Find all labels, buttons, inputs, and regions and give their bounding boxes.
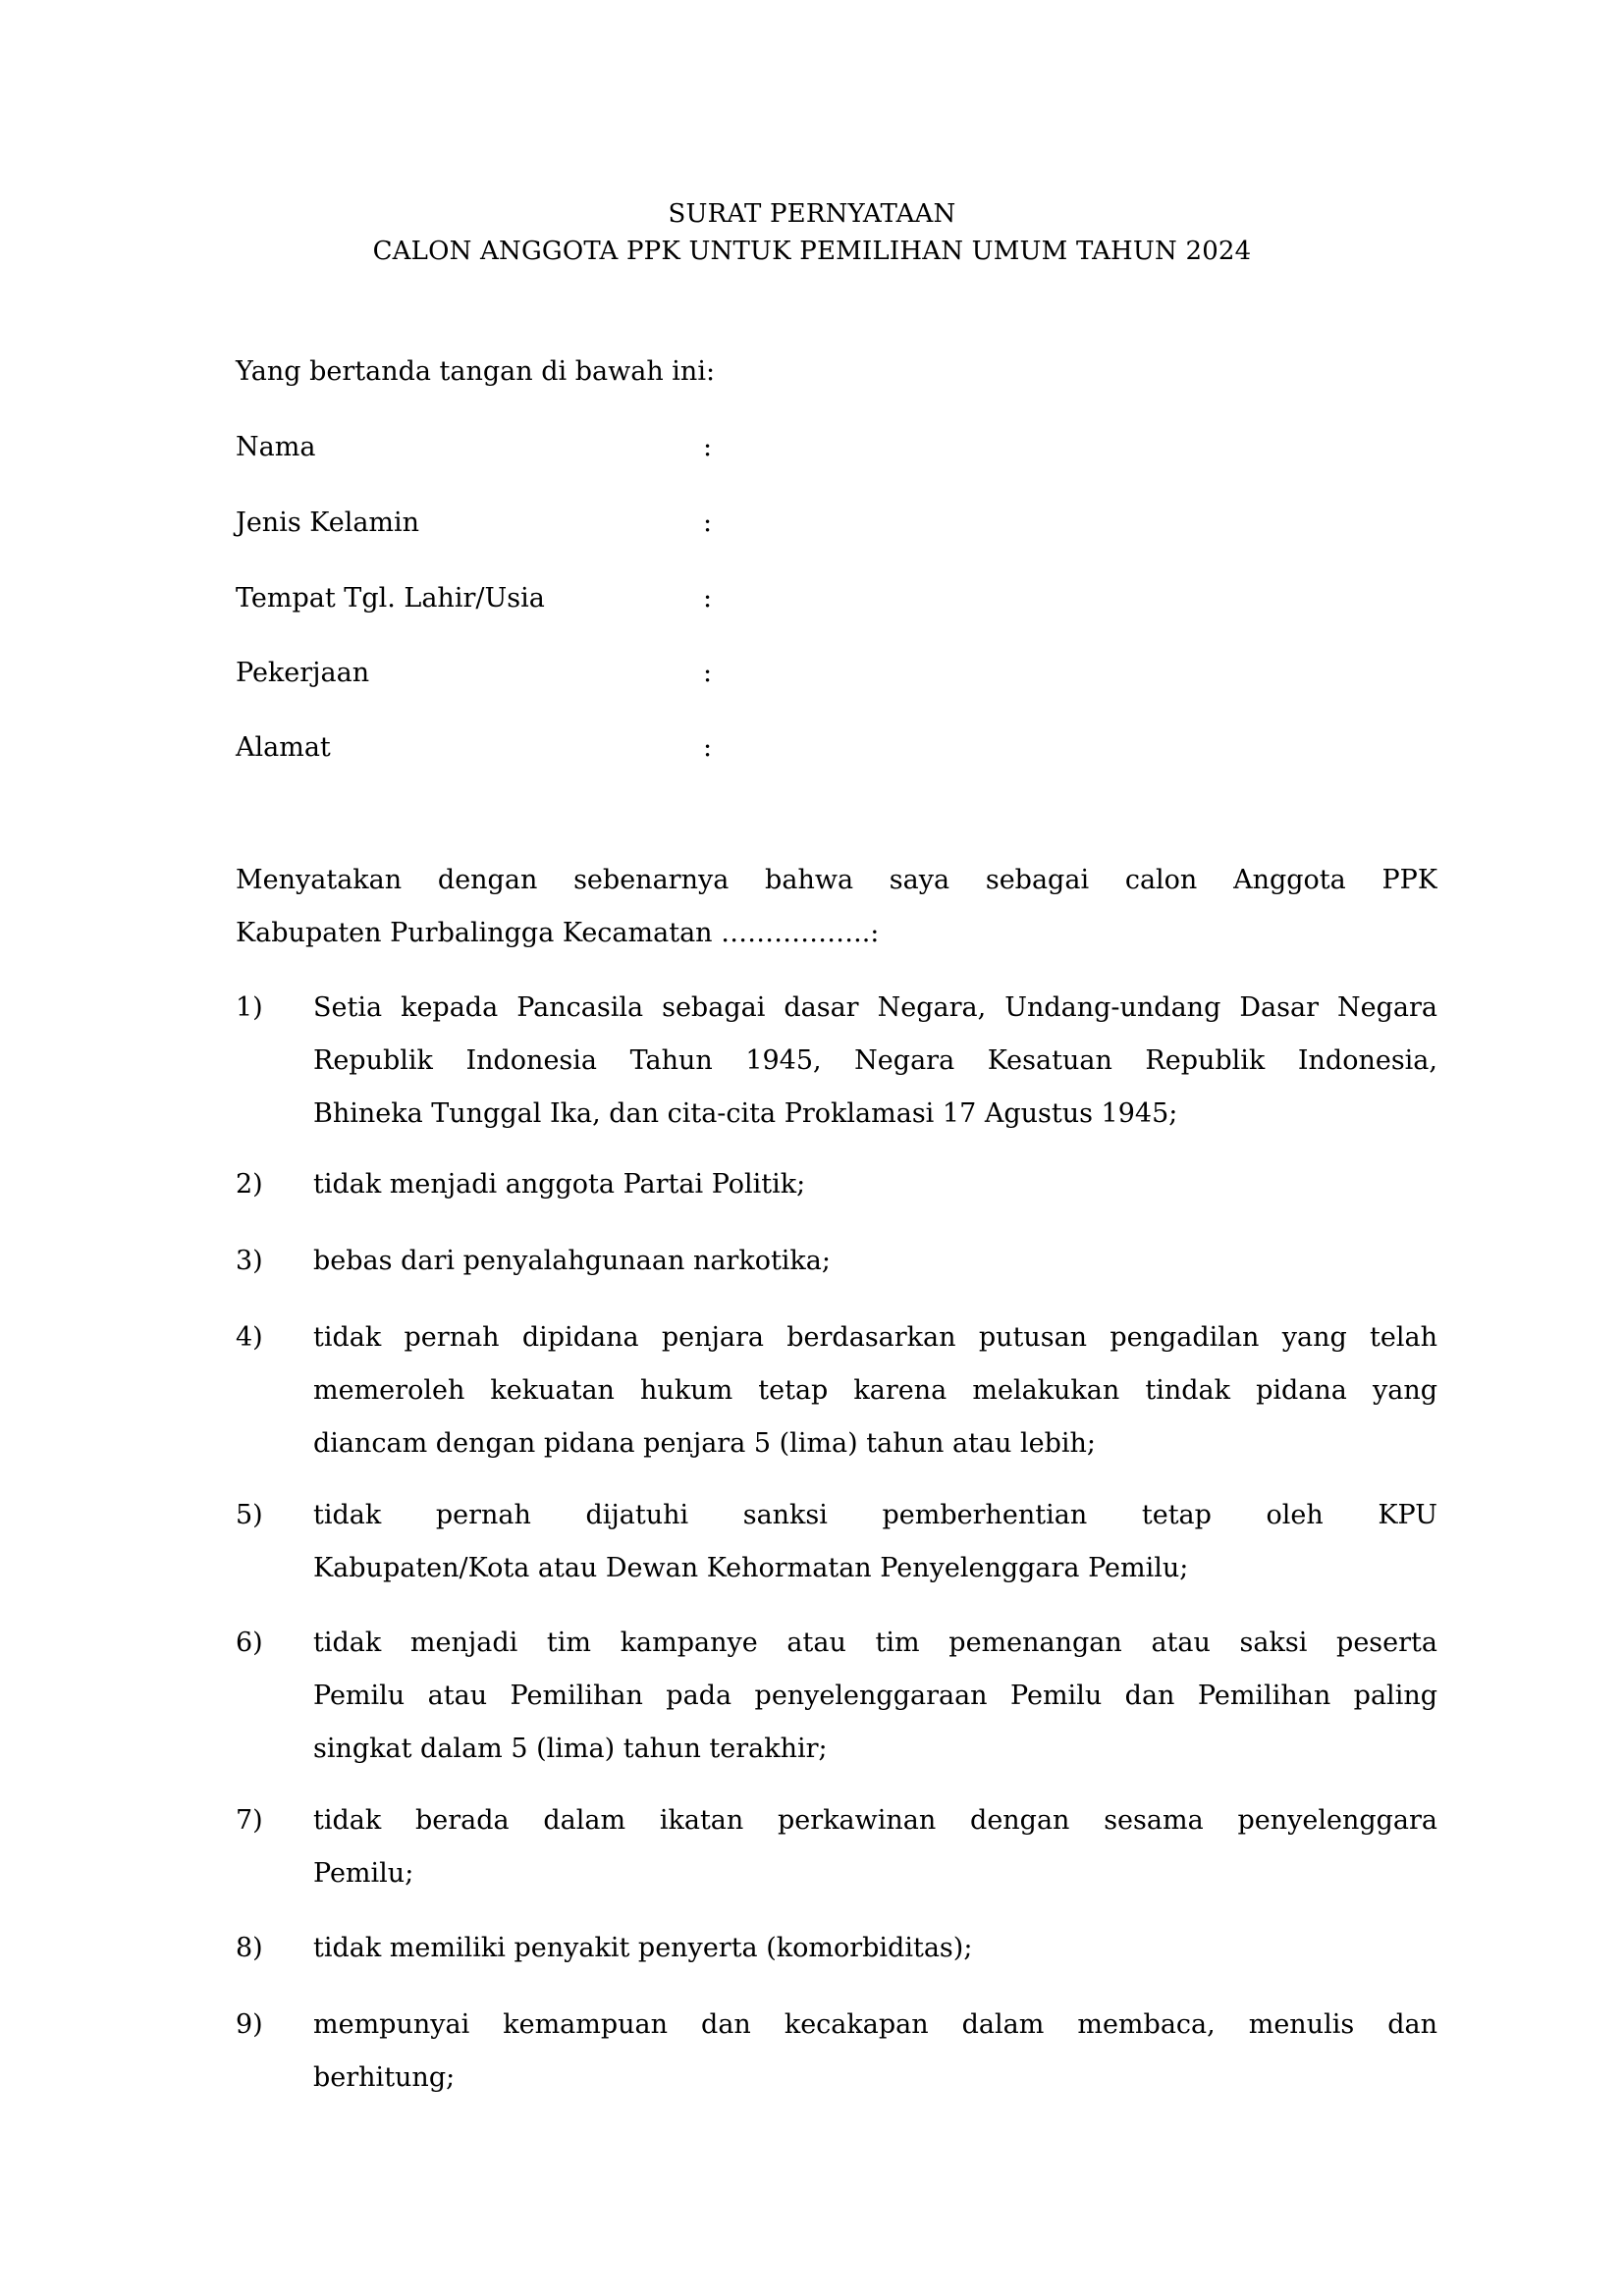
- field-label-jenis-kelamin: Jenis Kelamin: [236, 507, 419, 538]
- field-separator: :: [703, 732, 712, 763]
- statement-line: Kabupaten Purbalingga Kecamatan ……………..:: [236, 907, 1437, 960]
- field-label-tempat-tgl-lahir: Tempat Tgl. Lahir/Usia: [236, 583, 545, 614]
- item-number: 1): [236, 982, 263, 1035]
- item-line: tidak pernah dipidana penjara berdasarka…: [313, 1311, 1437, 1364]
- item-line: tidak menjadi anggota Partai Politik;: [313, 1158, 1437, 1211]
- item-line: singkat dalam 5 (lima) tahun terakhir;: [313, 1723, 1437, 1776]
- item-line: Kabupaten/Kota atau Dewan Kehormatan Pen…: [313, 1542, 1437, 1595]
- item-line: berhitung;: [313, 2052, 1437, 2105]
- field-label-alamat: Alamat: [236, 732, 331, 763]
- document-subtitle: CALON ANGGOTA PPK UNTUK PEMILIHAN UMUM T…: [0, 237, 1624, 266]
- item-number: 7): [236, 1794, 263, 1847]
- item-number: 6): [236, 1617, 263, 1670]
- item-line: bebas dari penyalahgunaan narkotika;: [313, 1235, 1437, 1288]
- document-page: SURAT PERNYATAAN CALON ANGGOTA PPK UNTUK…: [0, 0, 1624, 2296]
- item-line: tidak pernah dijatuhi sanksi pemberhenti…: [313, 1489, 1437, 1542]
- item-number: 3): [236, 1235, 263, 1288]
- item-number: 2): [236, 1158, 263, 1211]
- item-line: memeroleh kekuatan hukum tetap karena me…: [313, 1364, 1437, 1417]
- item-line: Setia kepada Pancasila sebagai dasar Neg…: [313, 982, 1437, 1035]
- item-line: diancam dengan pidana penjara 5 (lima) t…: [313, 1417, 1437, 1470]
- item-number: 8): [236, 1922, 263, 1975]
- item-line: tidak menjadi tim kampanye atau tim peme…: [313, 1617, 1437, 1670]
- field-label-pekerjaan: Pekerjaan: [236, 658, 369, 688]
- statement-line: Menyatakan dengan sebenarnya bahwa saya …: [236, 854, 1437, 907]
- item-number: 9): [236, 1999, 263, 2052]
- item-line: mempunyai kemampuan dan kecakapan dalam …: [313, 1999, 1437, 2052]
- item-number: 5): [236, 1489, 263, 1542]
- item-line: Republik Indonesia Tahun 1945, Negara Ke…: [313, 1035, 1437, 1088]
- document-title: SURAT PERNYATAAN: [0, 199, 1624, 229]
- item-line: tidak berada dalam ikatan perkawinan den…: [313, 1794, 1437, 1847]
- item-line: Pemilu atau Pemilihan pada penyelenggara…: [313, 1670, 1437, 1723]
- item-line: Pemilu;: [313, 1847, 1437, 1900]
- intro-text: Yang bertanda tangan di bawah ini:: [236, 356, 715, 387]
- item-line: Bhineka Tunggal Ika, dan cita-cita Prokl…: [313, 1088, 1437, 1141]
- field-separator: :: [703, 507, 712, 538]
- field-separator: :: [703, 658, 712, 688]
- item-number: 4): [236, 1311, 263, 1364]
- field-separator: :: [703, 583, 712, 614]
- statement-paragraph: Menyatakan dengan sebenarnya bahwa saya …: [236, 854, 1437, 960]
- field-separator: :: [703, 432, 712, 462]
- field-label-nama: Nama: [236, 432, 315, 462]
- item-line: tidak memiliki penyakit penyerta (komorb…: [313, 1922, 1437, 1975]
